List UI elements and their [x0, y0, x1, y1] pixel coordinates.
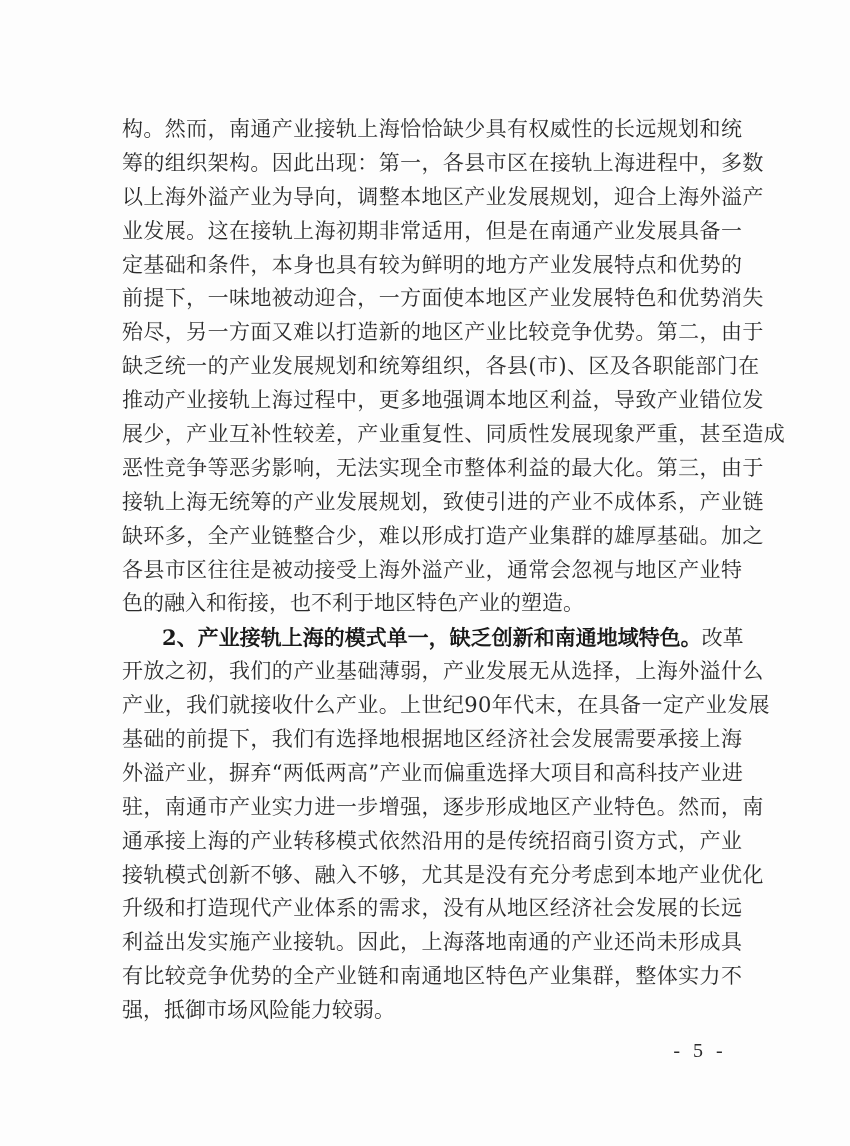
text-line: 产 业 ， 我 们 就 接 收 什 么 产 业 。 上 世 纪 9 0 年 代 …: [122, 689, 730, 723]
text-line: 构 。 然 而 ， 南 通 产 业 接 轨 上 海 恰 恰 缺 少 具 有 权 …: [122, 113, 730, 147]
text-line: 通 承 接 上 海 的 产 业 转 移 模 式 依 然 沿 用 的 是 传 统 …: [122, 825, 730, 859]
text-line: 强，抵御市场风险能力较弱。: [122, 994, 730, 1028]
text-line: 推 动 产 业 接 轨 上 海 过 程 中 ， 更 多 地 强 调 本 地 区 …: [122, 384, 730, 418]
text-line: 缺 乏 统 一 的 产 业 发 展 规 划 和 统 筹 组 织 ， 各 县 ( …: [122, 350, 730, 384]
heading-tail-text: 改革: [702, 626, 744, 650]
text-line: 展 少 ， 产 业 互 补 性 较 差 ， 产 业 重 复 性 、 同 质 性 …: [122, 418, 730, 452]
page-number: - 5 -: [660, 1040, 740, 1063]
text-line: 接 轨 模 式 创 新 不 够 、 融 入 不 够 ， 尤 其 是 没 有 充 …: [122, 859, 730, 893]
text-line: 开 放 之 初 ， 我 们 的 产 业 基 础 薄 弱 ， 产 业 发 展 无 …: [122, 655, 730, 689]
text-line: 恶 性 竞 争 等 恶 劣 影 响 ， 无 法 实 现 全 市 整 体 利 益 …: [122, 452, 730, 486]
text-line: 有 比 较 竞 争 优 势 的 全 产 业 链 和 南 通 地 区 特 色 产 …: [122, 960, 730, 994]
text-line: 定 基 础 和 条 件 ， 本 身 也 具 有 较 为 鲜 明 的 地 方 产 …: [122, 249, 730, 283]
text-line: 前 提 下 ， 一 味 地 被 动 迎 合 ， 一 方 面 使 本 地 区 产 …: [122, 282, 730, 316]
text-line: 筹 的 组 织 架 构 。 因 此 出 现 ： 第 一 ， 各 县 市 区 在 …: [122, 147, 730, 181]
text-line: 接 轨 上 海 无 统 筹 的 产 业 发 展 规 划 ， 致 使 引 进 的 …: [122, 486, 730, 520]
body-text: 构 。 然 而 ， 南 通 产 业 接 轨 上 海 恰 恰 缺 少 具 有 权 …: [122, 113, 730, 1028]
text-line: 驻 ， 南 通 市 产 业 实 力 进 一 步 增 强 ， 逐 步 形 成 地 …: [122, 791, 730, 825]
text-line: 外 溢 产 业 ， 摒 弃 “ 两 低 两 高 ” 产 业 而 偏 重 选 择 …: [122, 757, 730, 791]
text-line: 升 级 和 打 造 现 代 产 业 体 系 的 需 求 ， 没 有 从 地 区 …: [122, 892, 730, 926]
text-line: 殆 尽 ， 另 一 方 面 又 难 以 打 造 新 的 地 区 产 业 比 较 …: [122, 316, 730, 350]
text-line: 利 益 出 发 实 施 产 业 接 轨 。 因 此 ， 上 海 落 地 南 通 …: [122, 926, 730, 960]
section-heading-line: 2、产业接轨上海的模式单一，缺乏创新和南通地域特色。改革: [122, 621, 730, 655]
text-line: 色的融入和衔接，也不利于地区特色产业的塑造。: [122, 587, 730, 621]
text-line: 缺 环 多 ， 全 产 业 链 整 合 少 ， 难 以 形 成 打 造 产 业 …: [122, 520, 730, 554]
document-page: 构 。 然 而 ， 南 通 产 业 接 轨 上 海 恰 恰 缺 少 具 有 权 …: [0, 0, 850, 1146]
section-heading: 2、产业接轨上海的模式单一，缺乏创新和南通地域特色。: [162, 625, 702, 650]
text-line: 基 础 的 前 提 下 ， 我 们 有 选 择 地 根 据 地 区 经 济 社 …: [122, 723, 730, 757]
text-line: 以 上 海 外 溢 产 业 为 导 向 ， 调 整 本 地 区 产 业 发 展 …: [122, 181, 730, 215]
text-line: 业 发 展 。 这 在 接 轨 上 海 初 期 非 常 适 用 ， 但 是 在 …: [122, 215, 730, 249]
text-line: 各 县 市 区 往 往 是 被 动 接 受 上 海 外 溢 产 业 ， 通 常 …: [122, 554, 730, 588]
